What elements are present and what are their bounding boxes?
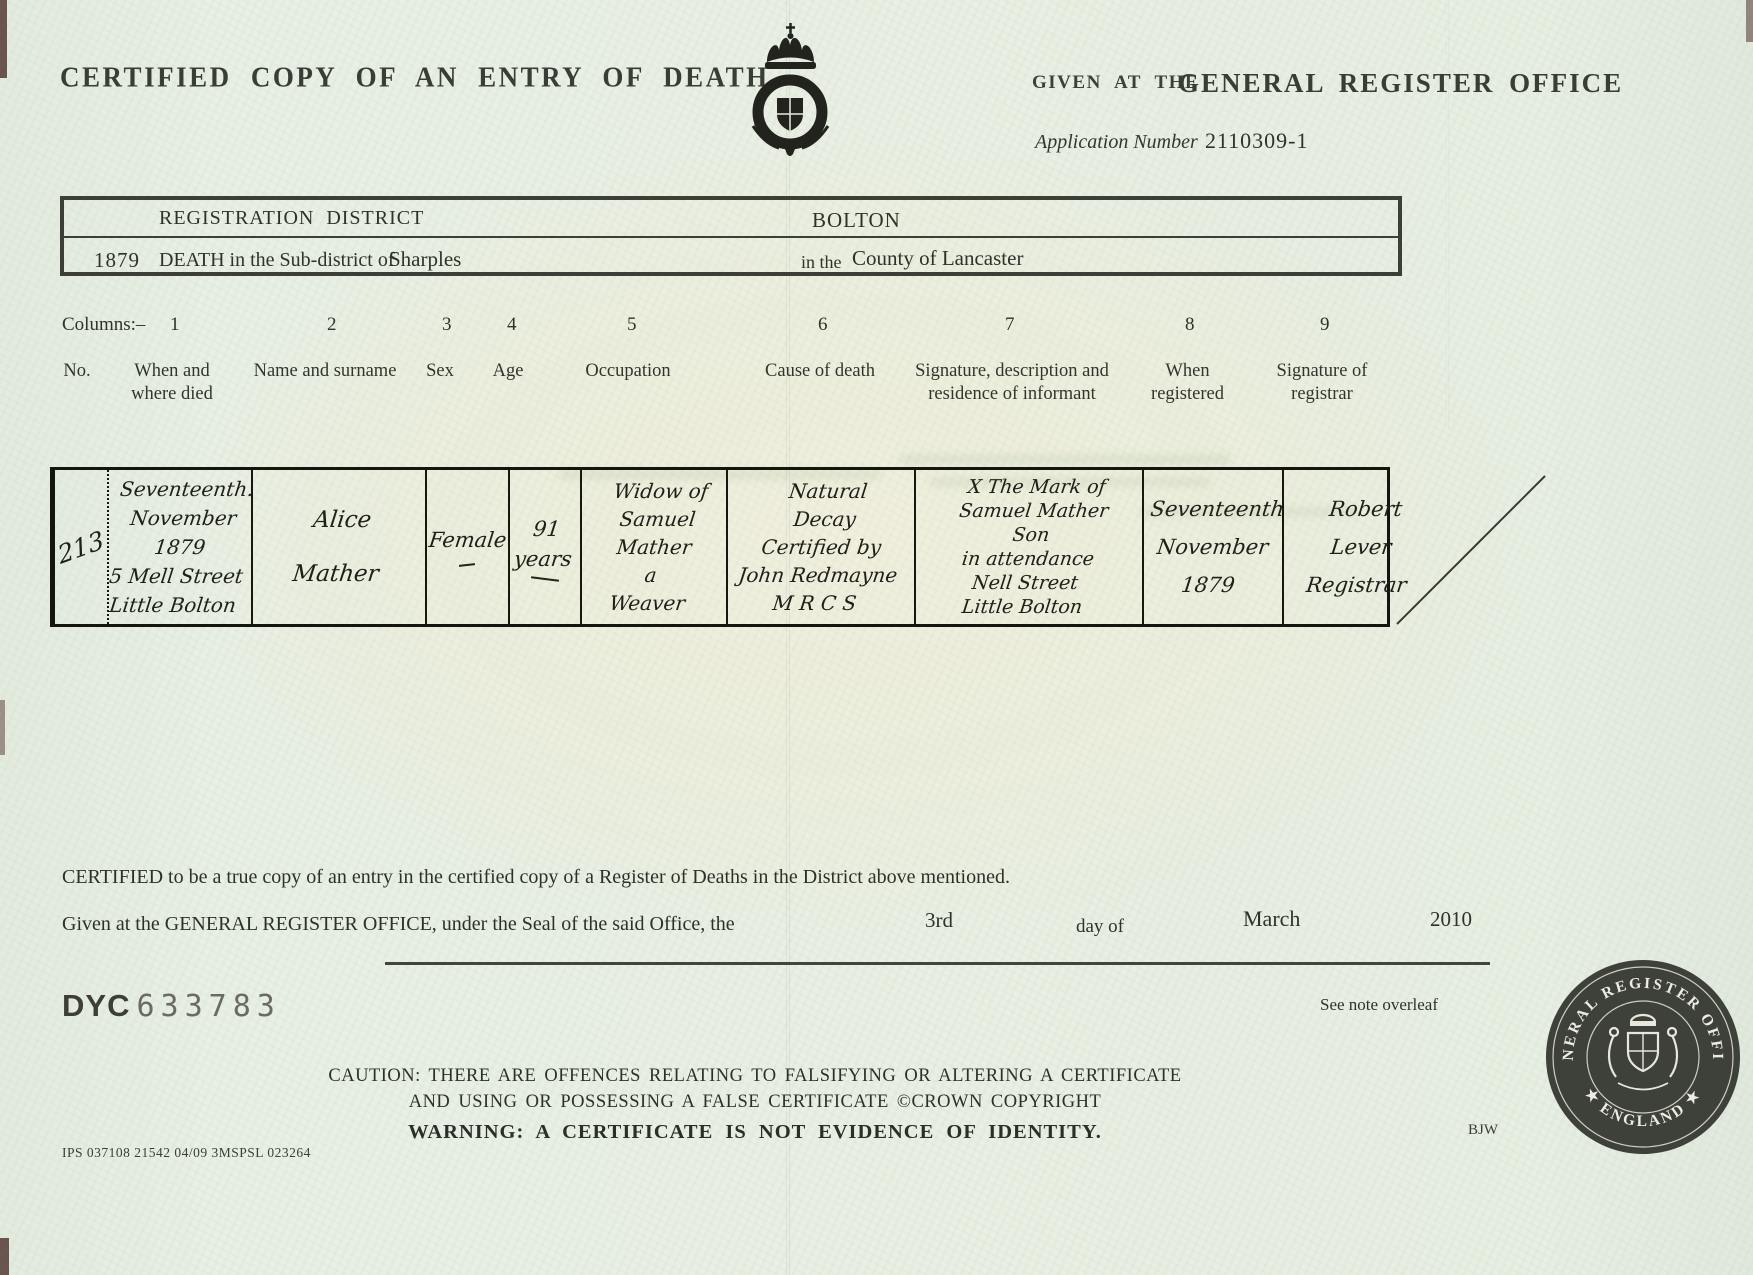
columns-label: Columns:– [62, 314, 145, 336]
registration-year: 1879 [94, 248, 140, 273]
caution-line-1-wrap: CAUTION: THERE ARE OFFENCES RELATING TO … [150, 1066, 1360, 1087]
registration-district-label: REGISTRATION DISTRICT [159, 207, 424, 230]
see-note-overleaf: See note overleaf [1320, 995, 1438, 1015]
subdistrict-value: Sharples [389, 247, 461, 272]
entry-cell-when-registered: Seventeenth November 1879 [1142, 470, 1281, 624]
registration-district-box: REGISTRATION DISTRICT BOLTON 1879 DEATH … [60, 196, 1402, 276]
entry-no: 213 [55, 525, 106, 570]
entry-cell-age: 91 years [508, 470, 580, 624]
county-value: County of Lancaster [852, 246, 1023, 271]
scan-edge-mark [0, 1238, 9, 1275]
column-header-signature-registrar: Signature of registrar [1262, 360, 1382, 406]
royal-coat-of-arms-icon [733, 20, 848, 172]
seal-year-value: 2010 [1430, 907, 1472, 932]
column-header-cause-of-death: Cause of death [740, 360, 900, 383]
entry-cell-name: Alice Mather [251, 470, 425, 624]
page-title: CERTIFIED COPY OF AN ENTRY OF DEATH [60, 61, 770, 93]
column-number-2: 2 [327, 314, 337, 336]
caution-line-2: AND USING OR POSSESSING A FALSE CERTIFIC… [409, 1092, 1102, 1112]
caution-line-1: CAUTION: THERE ARE OFFENCES RELATING TO … [328, 1066, 1181, 1086]
entry-informant: X The Mark of Samuel Mather Son in atten… [946, 475, 1113, 619]
entry-cell-cause-of-death: Natural Decay Certified by John Redmayne… [726, 470, 914, 624]
entry-name: Alice Mather [289, 493, 388, 601]
application-number-label: Application Number [1035, 131, 1198, 154]
column-header-when-where-died: When and where died [112, 360, 232, 406]
column-header-no: No. [52, 360, 102, 383]
death-certificate-document: CERTIFIED COPY OF AN ENTRY OF DEATH GIVE… [0, 0, 1753, 1275]
column-header-age: Age [478, 360, 538, 383]
print-reference-code: IPS 037108 21542 04/09 3MSPSL 023264 [62, 1145, 311, 1161]
serial-prefix: DYC [62, 988, 130, 1024]
signature-rule-line [385, 962, 1490, 965]
pen-flourish [531, 576, 559, 581]
entry-age: 91 years [513, 514, 578, 574]
entry-occupation: Widow of Samuel Mather a Weaver [598, 477, 710, 617]
scan-edge-mark [1746, 0, 1753, 42]
given-at-statement: Given at the GENERAL REGISTER OFFICE, un… [62, 913, 735, 936]
entry-cause-of-death: Natural Decay Certified by John Redmayne… [733, 477, 909, 617]
column-header-occupation: Occupation [558, 360, 698, 383]
application-number-value: 2110309-1 [1205, 128, 1309, 154]
column-number-9: 9 [1320, 314, 1330, 336]
scan-edge-mark [0, 0, 7, 78]
seal-day-value: 3rd [925, 908, 953, 933]
certified-statement: CERTIFIED to be a true copy of an entry … [62, 866, 1010, 889]
seal-month-value: March [1243, 906, 1300, 932]
day-of-label: day of [1076, 916, 1124, 938]
right-fold-crease [1446, 0, 1449, 430]
certificate-serial: DYC 633783 [62, 988, 281, 1024]
register-entry-table: 213 Seventeenth. November 1879 5 Mell St… [50, 467, 1390, 627]
column-header-when-registered: When registered [1135, 360, 1240, 406]
general-register-office-seal: GENERAL REGISTER OFFICE ★ ENGLAND ★ [1542, 955, 1744, 1160]
serial-number: 633783 [136, 989, 280, 1024]
column-header-sex: Sex [412, 360, 468, 383]
entry-cell-when-where-died: Seventeenth. November 1879 5 Mell Street… [107, 470, 251, 624]
entry-when-registered: Seventeenth November 1879 [1139, 490, 1286, 604]
entry-closing-diagonal-line [1385, 462, 1555, 634]
in-the-label: in the [801, 252, 842, 273]
warning-line-wrap: WARNING: A CERTIFICATE IS NOT EVIDENCE O… [150, 1121, 1360, 1144]
column-number-7: 7 [1005, 314, 1015, 336]
caution-line-2-wrap: AND USING OR POSSESSING A FALSE CERTIFIC… [150, 1092, 1360, 1113]
entry-cell-informant: X The Mark of Samuel Mather Son in atten… [914, 470, 1142, 624]
clerk-initials: BJW [1468, 1122, 1498, 1139]
pen-flourish [459, 563, 475, 567]
entry-cell-no: 213 [55, 470, 107, 624]
column-number-4: 4 [507, 314, 517, 336]
column-header-name-surname: Name and surname [245, 360, 405, 383]
scan-edge-mark [0, 700, 5, 755]
column-number-6: 6 [818, 314, 828, 336]
entry-when-where-died: Seventeenth. November 1879 5 Mell Street… [104, 475, 255, 620]
column-number-8: 8 [1185, 314, 1195, 336]
entry-sex: Female [427, 528, 507, 552]
registration-district-value: BOLTON [812, 208, 901, 233]
registration-district-row: REGISTRATION DISTRICT BOLTON [64, 200, 1398, 238]
warning-line: WARNING: A CERTIFICATE IS NOT EVIDENCE O… [408, 1121, 1102, 1143]
given-at-prefix: GIVEN AT THE [1032, 72, 1199, 94]
given-at-office: GENERAL REGISTER OFFICE [1178, 68, 1623, 99]
column-number-5: 5 [627, 314, 637, 336]
column-number-1: 1 [170, 314, 180, 336]
entry-cell-sex: Female [425, 470, 508, 624]
entry-cell-occupation: Widow of Samuel Mather a Weaver [580, 470, 726, 624]
column-header-informant: Signature, description and residence of … [900, 360, 1124, 406]
showthrough-smudge [900, 455, 1230, 464]
death-subdistrict-label: DEATH in the Sub-district of [159, 249, 395, 272]
column-number-3: 3 [442, 314, 452, 336]
